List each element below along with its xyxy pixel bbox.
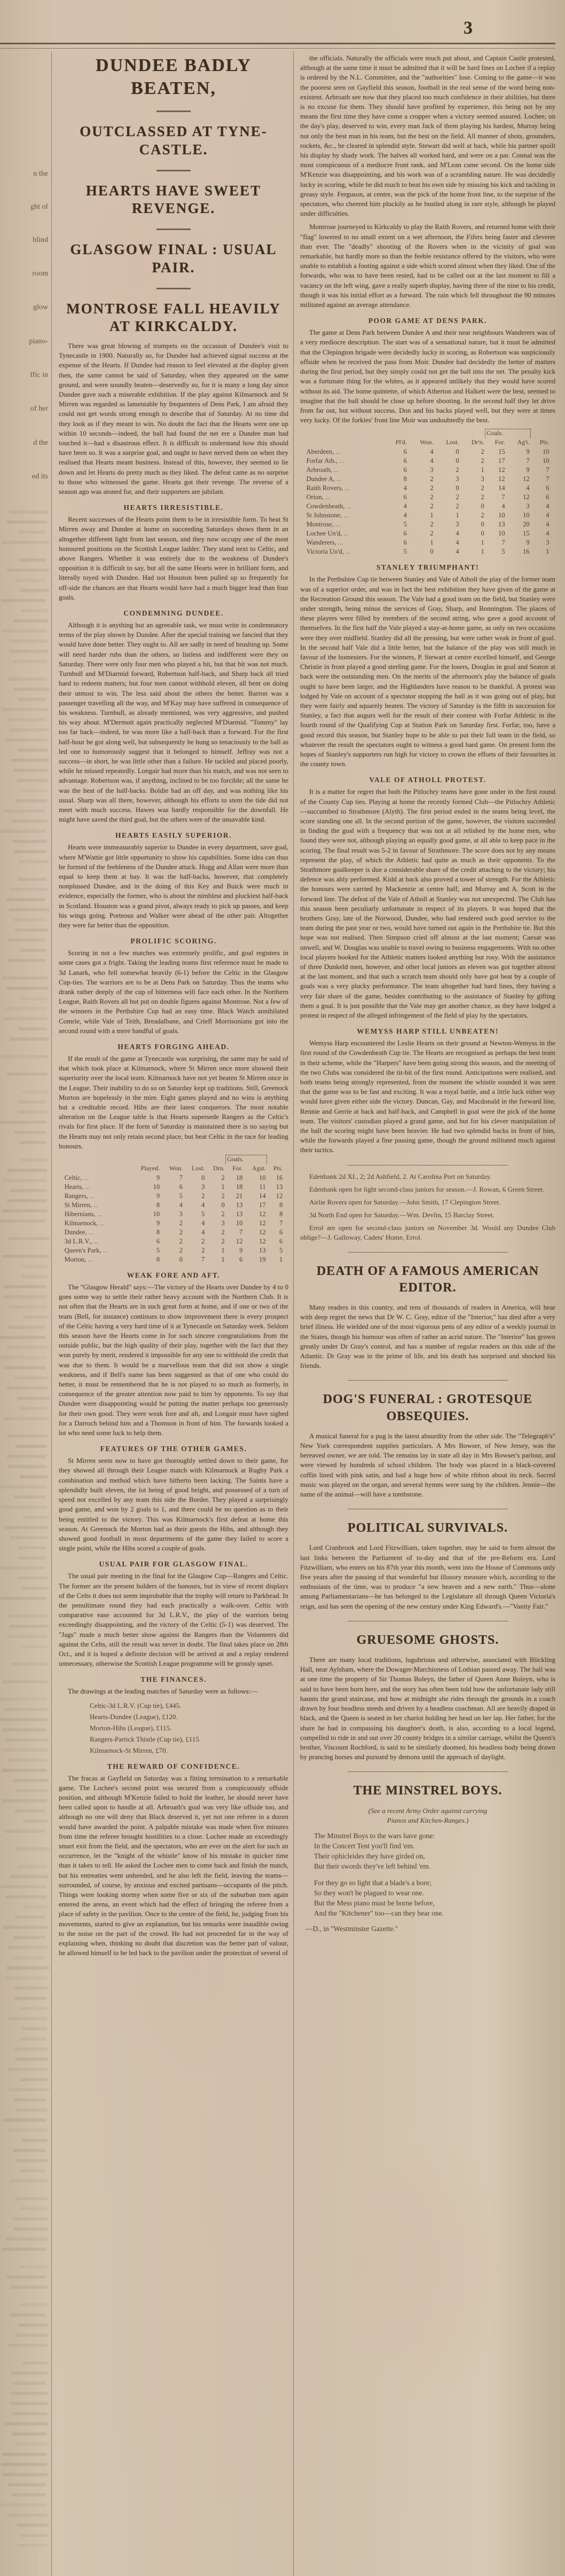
faux-text-line (2, 708, 49, 711)
stat-value: 8 (267, 1201, 284, 1210)
faux-text-line (19, 1100, 45, 1104)
stat-value: 7 (485, 493, 506, 502)
stat-value: 10 (130, 1210, 161, 1219)
stat-value: 12 (244, 1237, 266, 1246)
faux-text-line (9, 2088, 49, 2091)
stat-value: 6 (267, 1228, 284, 1237)
stat-value: 17 (244, 1201, 266, 1210)
faux-text-line (9, 650, 48, 653)
faux-text-line (23, 1905, 49, 1909)
spacer-cell (531, 429, 551, 439)
stat-value: 5 (130, 1246, 161, 1255)
faux-text-line (13, 1987, 49, 1990)
margin-fragment: ed its (32, 472, 48, 481)
stat-value: 18 (226, 1183, 244, 1192)
stat-value: 6 (385, 493, 408, 502)
faux-text-line (1, 1566, 45, 1570)
stat-value: 3 (506, 502, 531, 511)
team-name: Kilmarnock, (64, 1219, 130, 1228)
stat-value: 7 (184, 1255, 206, 1264)
stat-value: 5 (184, 1210, 206, 1219)
subheading: WEMYSS HARP STILL UNBEATEN! (300, 1027, 555, 1036)
finance-item: Rangers-Partick Thistle (Cup tie), £115. (90, 1734, 288, 1744)
faux-text-line (9, 1614, 48, 1618)
stat-value: 0 (435, 484, 460, 493)
stat-value: 6 (531, 493, 551, 502)
faux-text-line (14, 1495, 45, 1499)
stat-value: 12 (485, 466, 506, 475)
paragraph: Montrose journeyed to Kirkcaldy to play … (300, 222, 555, 310)
article-headline: DOG'S FUNERAL : GROTESQUE OBSEQUIES. (310, 1391, 546, 1424)
stat-value: 0 (435, 456, 460, 466)
stat-value: 1 (408, 538, 435, 547)
paragraph: It is a matter for regret that both the … (300, 787, 555, 1020)
paragraph: The "Glasgow Herald" says:—The victory o… (59, 1282, 288, 1438)
stat-value: 0 (460, 520, 485, 529)
stat-value: 4 (161, 1201, 184, 1210)
poem-line: The Minstrel Boys to the wars have gone: (314, 1831, 555, 1841)
faux-text-line (9, 908, 49, 911)
article-headline: POLITICAL SURVIVALS. (310, 1520, 546, 1537)
stat-value: 4 (531, 502, 551, 511)
faux-text-line (0, 1485, 46, 1488)
faux-text-line (7, 2514, 48, 2517)
faux-text-line (17, 2544, 48, 2547)
subheading: HEARTS FORGING AHEAD. (59, 1043, 288, 1051)
stat-value: 2 (206, 1237, 225, 1246)
headline-rule (156, 111, 191, 112)
column-header: Pts. (531, 438, 551, 447)
stat-value: 3 (460, 475, 485, 484)
faux-text-line (11, 1536, 49, 1539)
faux-text-line (14, 688, 49, 691)
table-row: Queen's Park,52219135 (64, 1246, 284, 1255)
poem-line: For they go so light that a blade's a bo… (314, 1878, 555, 1888)
poem-stanza: For they go so light that a blade's a bo… (314, 1878, 555, 1918)
stat-value: 0 (184, 1173, 206, 1183)
article-headline: GRUESOME GHOSTS. (310, 1632, 546, 1649)
stat-value: 2 (206, 1210, 225, 1219)
faux-text-line (2, 1179, 47, 1182)
faux-text-line (20, 2007, 49, 2010)
stat-value: 10 (531, 447, 551, 456)
paragraph: The usual pair meeting in the final for … (59, 1571, 288, 1668)
table-row: Hearts,10631181113 (64, 1183, 284, 1192)
stat-value: 2 (408, 529, 435, 538)
faux-text-line (12, 2493, 46, 2496)
team-name: Hearts, (64, 1183, 130, 1192)
stat-value: 1 (206, 1255, 225, 1264)
faux-text-line (3, 1680, 49, 1683)
stat-value: 2 (460, 456, 485, 466)
paragraph: The game at Dens Park between Dundee A a… (300, 328, 555, 425)
stat-value: 1 (531, 547, 551, 556)
table-body: Aberdeen,640215910Forfar Ath.,640217710A… (305, 447, 551, 556)
table-row: Orion,62227126 (305, 493, 551, 502)
stat-value: 10 (506, 511, 531, 520)
faux-text-line (7, 1465, 47, 1468)
headline-rule (156, 229, 191, 230)
stat-value: 9 (130, 1192, 161, 1201)
faux-text-line (11, 820, 48, 823)
stat-value: 6 (385, 538, 408, 547)
stat-value: 9 (130, 1219, 161, 1228)
table-row: Cowdenbeath,4220434 (305, 502, 551, 511)
column-header: Lost. (435, 438, 460, 447)
stat-value: 6 (267, 1237, 284, 1246)
team-name: Victoria Un'd, (305, 547, 386, 556)
paragraph: Recent successes of the Hearts point the… (59, 515, 288, 602)
stat-value: 17 (485, 456, 506, 466)
faux-text-line (0, 1336, 45, 1339)
faux-text-line (2, 2248, 46, 2251)
faux-text-line (21, 1275, 48, 1278)
stat-value: 2 (460, 493, 485, 502)
table-row: Arbroath,63211297 (305, 466, 551, 475)
stat-value: 7 (161, 1173, 184, 1183)
faux-text-line (20, 1159, 48, 1162)
stat-value: 1 (460, 538, 485, 547)
faux-text-line (10, 888, 48, 891)
team-name: Hibernians, (64, 1210, 130, 1219)
stat-value: 6 (161, 1183, 184, 1192)
stat-value: 14 (244, 1192, 266, 1201)
faux-text-line (9, 1037, 49, 1041)
stat-value: 4 (435, 547, 460, 556)
stat-value: 1 (460, 547, 485, 556)
table-header: Goals.Played.Won.Lost.Drn.For.Agst.Pts. (64, 1155, 284, 1174)
subheading: HEARTS EASILY SUPERIOR. (59, 831, 288, 840)
faux-text-line (17, 2159, 48, 2162)
poem-line: So they won't be plagued to wear one. (314, 1888, 555, 1898)
stat-value: 12 (244, 1228, 266, 1237)
faux-text-line (19, 860, 49, 863)
headline: MONTROSE FALL HEAVILY AT KIRKCALDY. (59, 300, 288, 336)
paragraph: Many readers in this country, and tens o… (300, 1303, 555, 1370)
league-table: Goals.Played.Won.Lost.Drn.For.Agst.Pts.C… (64, 1155, 284, 1264)
table-row: St Johnstone,411210104 (305, 511, 551, 520)
faux-text-line (4, 1017, 48, 1020)
stat-value: 4 (385, 511, 408, 520)
team-name: 3d L.R.V., (64, 1237, 130, 1246)
faux-text-line (15, 1445, 46, 1448)
faux-text-line (13, 1779, 49, 1782)
subheading: WEAK FORE AND AFT. (59, 1271, 288, 1280)
faux-text-line (2, 1799, 47, 1802)
faux-text-line (13, 2217, 48, 2220)
table-row: St Mirren,844013178 (64, 1201, 284, 1210)
table-group-row: Goals. (305, 429, 551, 439)
team-header-cell (305, 438, 386, 447)
right-column: the officials. Naturally the officials w… (300, 53, 555, 2576)
faux-text-line (21, 1645, 49, 1648)
stat-value: 3 (408, 466, 435, 475)
stat-value: 4 (408, 447, 435, 456)
stat-value: 21 (226, 1192, 244, 1201)
stat-value: 1 (267, 1255, 284, 1264)
faux-text-line (7, 1073, 48, 1076)
stat-value: 15 (506, 529, 531, 538)
stat-value: 12 (244, 1219, 266, 1228)
stat-value: 16 (267, 1173, 284, 1183)
stat-value: 16 (506, 547, 531, 556)
faux-text-line (2, 541, 49, 544)
faux-text-line (23, 1819, 49, 1823)
paragraph: In the Perthshire Cup tie between Stanle… (300, 574, 555, 769)
faux-text-line (15, 1847, 49, 1850)
faux-text-line (21, 997, 49, 1000)
faux-text-line (6, 1966, 49, 1970)
article-divider (348, 1165, 508, 1165)
faux-text-line (21, 2037, 46, 2041)
stat-value: 2 (408, 502, 435, 511)
stat-value: 2 (206, 1192, 225, 1201)
faux-text-line (18, 1110, 48, 1114)
faux-text-line (8, 2483, 46, 2486)
stat-value: 8 (130, 1228, 161, 1237)
column-header: Pl'd. (385, 438, 408, 447)
faux-text-line (20, 589, 49, 592)
stat-value: 7 (485, 538, 506, 547)
faux-text-line (10, 728, 49, 731)
faux-text-line (6, 1976, 48, 1980)
league-table: Goals.Pl'd.Won.Lost.Dr'n.For.Ag't.Pts.Ab… (305, 429, 551, 556)
stat-value: 1 (408, 511, 435, 520)
stat-value: 0 (161, 1255, 184, 1264)
faux-text-line (21, 1587, 49, 1590)
stat-value: 10 (226, 1219, 244, 1228)
stat-value: 2 (435, 493, 460, 502)
margin-fragment: ffic in (30, 371, 48, 380)
faux-text-line (2, 629, 47, 633)
stat-value: 0 (460, 502, 485, 511)
goals-group-label: Goals. (226, 1155, 267, 1165)
margin-fragment: glow (33, 303, 48, 312)
faux-text-line (2, 1769, 47, 1772)
faux-text-line (5, 1526, 49, 1529)
subheading: USUAL PAIR FOR GLASGOW FINAL. (59, 1560, 288, 1569)
margin-fragment: room (32, 270, 48, 278)
subheading: VALE OF ATHOLL PROTEST. (300, 776, 555, 784)
stat-value: 5 (267, 1246, 284, 1255)
stat-value: 2 (184, 1246, 206, 1255)
faux-text-line (14, 1997, 46, 2000)
stat-value: 4 (385, 484, 408, 493)
paragraph: There was great blowing of trumpets on t… (59, 341, 288, 497)
faux-text-line (17, 779, 48, 782)
stat-value: 8 (130, 1201, 161, 1210)
column-header: Played. (130, 1164, 161, 1173)
faux-text-line (9, 678, 47, 681)
margin-fragment: blind (33, 236, 48, 245)
faux-text-line (5, 1895, 46, 1898)
stat-value: 4 (408, 456, 435, 466)
faux-text-line (20, 949, 47, 952)
stat-value: 13 (244, 1246, 266, 1255)
faux-text-line (2, 2473, 49, 2476)
column-header: Ag't. (506, 438, 531, 447)
stat-value: 4 (531, 511, 551, 520)
stat-value: 20 (506, 520, 531, 529)
faux-text-line (15, 579, 45, 582)
stat-value: 8 (267, 1210, 284, 1219)
subheading: HEARTS IRRESISTIBLE. (59, 503, 288, 512)
table-row: Rangers,9522211412 (64, 1192, 284, 1201)
faux-text-line (7, 1435, 48, 1438)
faux-text-line (17, 2524, 49, 2527)
faux-text-line (21, 2078, 49, 2081)
table-row: Victoria Un'd,50415161 (305, 547, 551, 556)
faux-text-line (9, 1759, 46, 1762)
stat-value: 2 (460, 511, 485, 520)
stat-value: 2 (435, 466, 460, 475)
faux-text-line (11, 1663, 49, 1666)
stat-value: 3 (184, 1183, 206, 1192)
poem-attribution: —D., in "Westminster Gazette." (305, 1925, 555, 1933)
stat-value: 1 (435, 511, 460, 520)
column-header: For. (485, 438, 506, 447)
stat-value: 0 (435, 447, 460, 456)
stat-value: 3 (161, 1210, 184, 1219)
margin-fragment: of her (30, 405, 48, 413)
subheading: PROLIFIC SCORING. (59, 937, 288, 946)
team-name: Wanderers, (305, 538, 386, 547)
faux-text-line (13, 660, 47, 663)
column-header: Pts. (267, 1164, 284, 1173)
faux-text-line (22, 2361, 48, 2365)
table-row: Kilmarnock,924310127 (64, 1219, 284, 1228)
subheading: STANLEY TRIUMPHANT! (300, 563, 555, 572)
stat-value: 5 (385, 520, 408, 529)
faux-text-line (1, 1718, 48, 1721)
stat-value: 8 (130, 1255, 161, 1264)
faux-text-line (15, 799, 47, 802)
faux-text-line (6, 2275, 46, 2279)
column-header: Dr'n. (460, 438, 485, 447)
faux-text-line (18, 1027, 47, 1030)
faux-text-line (10, 1875, 49, 1878)
team-name: Rangers, (64, 1192, 130, 1201)
poem-line: In the Concert Tent you'll find 'em. (314, 1841, 555, 1851)
faux-text-line (3, 1295, 47, 1298)
faux-text-line (6, 521, 47, 524)
faux-text-line (11, 2286, 48, 2289)
stat-value: 7 (531, 475, 551, 484)
subheading: CONDEMNING DUNDEE. (59, 609, 288, 618)
faux-text-line (8, 1237, 49, 1240)
faux-text-line (20, 2169, 46, 2172)
team-header-cell (64, 1164, 130, 1173)
team-name: Forfar Ath., (305, 456, 386, 466)
faux-text-line (18, 698, 46, 701)
poem-stanza: The Minstrel Boys to the wars have gone:… (314, 1831, 555, 1871)
headline: GLASGOW FINAL : USUAL PAIR. (59, 241, 288, 277)
table-row: Lochee Un'd,624010154 (305, 529, 551, 538)
faux-text-line (8, 2129, 48, 2132)
team-name: Cowdenbeath, (305, 502, 386, 511)
stat-value: 4 (435, 529, 460, 538)
table-row: Dundee,82427126 (64, 1228, 284, 1237)
article-divider (348, 1771, 508, 1772)
paragraph: Wemyss Harp encountered the Leslie Heart… (300, 1038, 555, 1155)
stat-value: 10 (244, 1173, 266, 1183)
faux-text-line (15, 2443, 49, 2446)
club-note: Airlie Rovers open for Saturday.—John Sm… (300, 1198, 555, 1207)
article-divider (348, 1509, 508, 1509)
paragraph: The drawings at the leading matches of S… (59, 1687, 288, 1696)
paragraph: The fracas at Gayfield on Saturday was a… (59, 1774, 288, 1958)
stat-value: 2 (408, 475, 435, 484)
stat-value: 1 (460, 466, 485, 475)
faux-text-line (7, 1387, 48, 1390)
faux-text-line (7, 1946, 47, 1949)
finances-list: Celtic-3d L.R.V. (Cup tie), £445.Hearts-… (90, 1700, 288, 1755)
stat-value: 4 (506, 484, 531, 493)
newspaper-page: 3 n theght ofblindroomglowpiano-ffic ino… (0, 0, 565, 2576)
faux-text-line (8, 1326, 45, 1329)
headline-rule (156, 288, 191, 289)
faux-text-line (23, 1315, 49, 1319)
paragraph: Although it is anything but an agreeable… (59, 620, 288, 824)
spacer-cell (305, 429, 485, 439)
paragraph: If the result of the game at Tynecastle … (59, 1054, 288, 1151)
team-name: St Johnstone, (305, 511, 386, 520)
faux-text-line (0, 1597, 46, 1600)
faux-text-line (19, 558, 46, 562)
headline: DUNDEE BADLY BEATEN, (59, 54, 288, 100)
margin-fragment: ght of (30, 203, 48, 211)
faux-text-line (22, 789, 48, 792)
faux-text-line (13, 840, 47, 843)
faux-text-line (6, 987, 49, 990)
faux-text-line (15, 928, 48, 932)
team-name: Lochee Un'd, (305, 529, 386, 538)
stat-value: 7 (267, 1219, 284, 1228)
stat-value: 0 (408, 547, 435, 556)
faux-text-line (7, 1635, 47, 1638)
stat-value: 2 (161, 1219, 184, 1228)
team-name: Queen's Park, (64, 1246, 130, 1255)
finance-item: Hearts-Dundee (League), £120. (90, 1712, 288, 1722)
stat-value: 12 (485, 475, 506, 484)
faux-text-line (13, 2412, 47, 2415)
faux-text-line (3, 2118, 46, 2122)
faux-text-line (7, 959, 46, 962)
faux-text-line (13, 850, 46, 853)
faux-text-line (15, 2197, 48, 2200)
stat-value: 1 (206, 1183, 225, 1192)
stat-value: 0 (206, 1201, 225, 1210)
table-row: Wanderers,6141793 (305, 538, 551, 547)
stat-value: 9 (130, 1173, 161, 1183)
faux-text-line (4, 1708, 49, 1711)
faux-text-line (6, 1455, 46, 1458)
faux-text-line (18, 1546, 46, 1549)
stat-value: 3 (206, 1219, 225, 1228)
faux-text-line (16, 1789, 49, 1792)
stat-value: 2 (206, 1173, 225, 1183)
faux-text-line (9, 1305, 47, 1309)
stat-value: 4 (385, 502, 408, 511)
stat-value: 6 (531, 484, 551, 493)
stat-value: 11 (244, 1183, 266, 1192)
stat-value: 13 (267, 1183, 284, 1192)
stat-value: 10 (130, 1183, 161, 1192)
faux-text-line (6, 2238, 49, 2241)
stat-value: 9 (506, 538, 531, 547)
stat-value: 12 (506, 475, 531, 484)
faux-text-line (23, 1516, 49, 1519)
